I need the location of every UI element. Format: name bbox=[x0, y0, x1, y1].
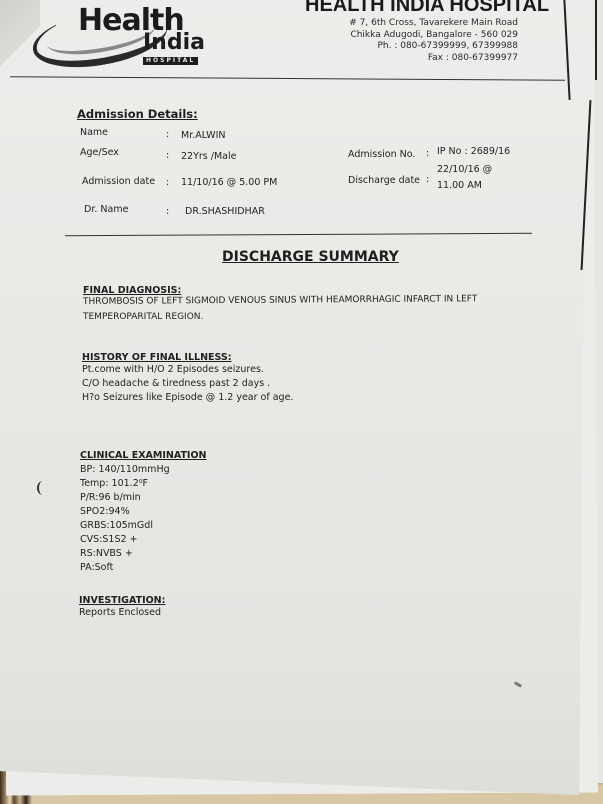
clinical-temp: Temp: 101.2⁰F bbox=[80, 478, 148, 489]
admission-details-heading: Admission Details: bbox=[77, 107, 198, 121]
clinical-pa: PA:Soft bbox=[80, 562, 113, 573]
admission-date-separator: : bbox=[166, 177, 169, 188]
age-sex-label: Age/Sex bbox=[80, 147, 119, 158]
clinical-rs: RS:NVBS + bbox=[80, 548, 133, 559]
address-line-1: # 7, 6th Cross, Tavarekere Main Road bbox=[349, 18, 518, 30]
admission-no-label: Admission No. bbox=[348, 149, 415, 160]
history-line-2: C/O headache & tiredness past 2 days . bbox=[82, 378, 270, 389]
discharge-date-separator: : bbox=[426, 174, 429, 185]
clinical-bp: BP: 140/110mmHg bbox=[80, 464, 170, 475]
age-sex-separator: : bbox=[166, 150, 169, 161]
final-diagnosis-line-1: THROMBOSIS OF LEFT SIGMOID VENOUS SINUS … bbox=[83, 294, 477, 307]
clinical-grbs: GRBS:105mGdl bbox=[80, 520, 153, 531]
investigation-line-1: Reports Enclosed bbox=[79, 607, 161, 618]
admission-date-label: Admission date bbox=[82, 176, 155, 187]
discharge-date-value-line1: 22/10/16 @ bbox=[437, 164, 492, 175]
phone-line: Ph. : 080-67399999, 67399988 bbox=[349, 41, 518, 53]
investigation-heading: INVESTIGATION: bbox=[79, 595, 165, 606]
ink-speck bbox=[514, 681, 522, 688]
final-diagnosis-line-2: TEMPEROPARITAL REGION. bbox=[83, 312, 203, 322]
pen-mark bbox=[37, 481, 49, 495]
hospital-logo: Health India HOSPITAL bbox=[28, 2, 208, 68]
clinical-cvs: CVS:S1S2 + bbox=[80, 534, 138, 545]
clinical-spo2: SPO2:94% bbox=[80, 506, 130, 517]
history-line-3: H?o Seizures like Episode @ 1.2 year of … bbox=[82, 392, 293, 403]
discharge-date-label: Discharge date bbox=[348, 175, 420, 186]
hospital-name: HEALTH INDIA HOSPITAL bbox=[305, 0, 549, 17]
header-divider bbox=[10, 76, 565, 80]
clinical-examination-heading: CLINICAL EXAMINATION bbox=[80, 450, 207, 461]
sheet-edge-line bbox=[595, 0, 597, 80]
admission-date-value: 11/10/16 @ 5.00 PM bbox=[181, 177, 277, 188]
logo-tag-hospital: HOSPITAL bbox=[143, 57, 198, 65]
admission-no-separator: : bbox=[426, 148, 429, 159]
logo-word-india: India bbox=[143, 32, 205, 54]
fax-line: Fax : 080-67399977 bbox=[349, 53, 518, 65]
name-separator: : bbox=[166, 129, 169, 140]
doctor-name-label: Dr. Name bbox=[84, 204, 128, 215]
address-line-2: Chikka Adugodi, Bangalore - 560 029 bbox=[349, 30, 518, 42]
admission-no-value: IP No : 2689/16 bbox=[437, 146, 510, 157]
name-value: Mr.ALWIN bbox=[181, 130, 225, 141]
history-heading: HISTORY OF FINAL ILLNESS: bbox=[82, 352, 232, 363]
admission-divider bbox=[65, 233, 532, 236]
discharge-summary-page: Health India HOSPITAL HEALTH INDIA HOSPI… bbox=[0, 0, 588, 795]
discharge-summary-title: DISCHARGE SUMMARY bbox=[222, 249, 399, 265]
final-diagnosis-heading: FINAL DIAGNOSIS: bbox=[83, 285, 181, 296]
clinical-pulse: P/R:96 b/min bbox=[80, 492, 141, 503]
age-sex-value: 22Yrs /Male bbox=[181, 151, 236, 162]
doctor-name-value: DR.SHASHIDHAR bbox=[185, 206, 265, 217]
name-label: Name bbox=[80, 127, 108, 138]
hospital-address: # 7, 6th Cross, Tavarekere Main Road Chi… bbox=[349, 18, 518, 64]
doctor-name-separator: : bbox=[166, 206, 169, 217]
history-line-1: Pt.come with H/O 2 Episodes seizures. bbox=[82, 364, 264, 375]
discharge-date-value-line2: 11.00 AM bbox=[437, 180, 482, 191]
